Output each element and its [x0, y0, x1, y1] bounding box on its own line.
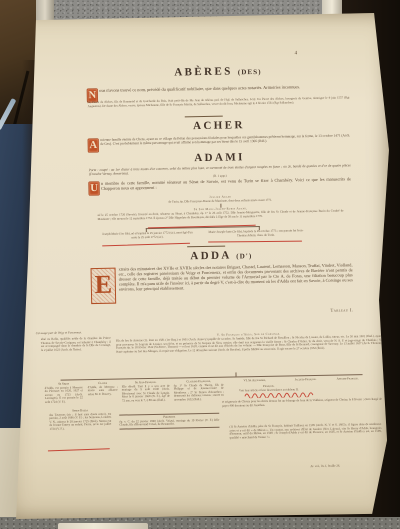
simon-block: Simon Dadda des Tavernes (sic ; il faut …: [49, 409, 111, 432]
tree-col-6: Jacques-François.: [286, 378, 326, 382]
red-pencil-underline-child1: [102, 243, 190, 247]
entry-title-acher: ACHER: [88, 117, 350, 134]
table-header-text: Fils de feu Sr Antoine (1), était en 158…: [116, 335, 382, 354]
illuminated-drop-cap: E: [91, 268, 117, 304]
section-rule-1: [185, 116, 223, 118]
table-header-left-column: aîné ou Rafin, qualifiés noble de la cha…: [41, 337, 111, 353]
tree-col-2: Claude d'Adda, de Mermoz ; morte sans al…: [88, 382, 118, 397]
tree-col-3: Sr Jean-François. Elle décéd. Tant il y …: [122, 381, 170, 404]
adda-paragraph: E xtraits des minutaires des XVIIe et XV…: [91, 262, 354, 304]
tree-col-2-text: d'Adda, de Mermoz ; morte sans alliance …: [88, 385, 118, 396]
acher-body-text: ncienne famille éteinte de Chens, ayant …: [100, 133, 350, 146]
page-number: 4: [295, 51, 298, 56]
tree-col-4-text: ép. 1° Sr Claude de Thoire, fils de Phil…: [174, 383, 224, 402]
entry-title-aberes-suffix: (DES): [238, 68, 262, 76]
tree-col-3-text: Elle décéd. Tant il y a son acte de mari…: [122, 384, 170, 403]
tree-col-6-head: Jacques-François.: [286, 378, 326, 382]
entry-title-adda-suffix: (D'): [236, 252, 252, 260]
tree-col-5: VI. Sr Alexandre,: [228, 379, 282, 384]
tree-col-4: Claudine-Françoise, ép. 1° Sr Claude de …: [174, 380, 224, 403]
table-right-paragraph: et seigneurie de Choisy pour les droits …: [222, 398, 382, 408]
entry-title-aberes-text: ABÈRES: [174, 65, 233, 78]
tree-col-1: Sr Simon d'Adda, est parrain à Mermoz du…: [45, 382, 83, 404]
page-content: 4 ABÈRES (DES) N ous n'avons trouvé ce n…: [24, 17, 389, 519]
red-zigzag-ornament: [244, 390, 316, 398]
section-rule-2: [187, 246, 225, 248]
paper-scraps-bottom: [58, 523, 148, 529]
red-pencil-underline-child2: [208, 241, 302, 243]
adami-child-1: Joseph-Marie (1er fils), né et baptisé l…: [100, 231, 195, 240]
tree-col-7: Antoine-François.: [330, 377, 366, 381]
simon-block-text: des Tavernes (sic ; il faut sans doute n…: [49, 412, 111, 431]
bottom-reference: Ar. vol., liv. I, feuille 26.: [290, 464, 360, 469]
margin-note: Cet usage part de Veigy et Fonceneux.: [36, 330, 94, 335]
photo-of-armorial-page: { "photo": { "page_number": "4" }, "colo…: [0, 0, 400, 529]
philiberte-block: Philiberte ép. v. C. du 22 janvier 1690 …: [119, 413, 219, 430]
philiberte-block-text: ép. v. C. du 22 janvier 1690 (Arch. Veig…: [119, 418, 219, 429]
genealogy-table: aîné ou Rafin, qualifiés noble de la cha…: [38, 331, 385, 517]
tree-col-5-head: VI. Sr Alexandre,: [228, 379, 282, 384]
drop-cap-a: A: [88, 138, 98, 151]
red-pencil-underline-simon: [48, 448, 110, 451]
aberes-intro-text: ous n'avons trouvé ce nom, précédé du qu…: [99, 84, 300, 93]
adami-child-2: Marie-Joseph-Juste (2e fils), baptisée l…: [205, 229, 307, 238]
entry-title-adda-text: ADDA: [190, 250, 231, 263]
drop-cap-u: U: [89, 181, 99, 194]
acher-paragraph: A ncienne famille éteinte de Chens, ayan…: [88, 133, 350, 151]
adda-footnote: (1) Sr Antoine d'Adda, père de Sr Franço…: [229, 423, 381, 440]
tree-col-7-head: Antoine-François.: [330, 377, 366, 381]
adda-body-text: xtraits des minutaires des XVIIe et XVII…: [119, 262, 353, 292]
tree-col-1-text: d'Adda, est parrain à Mermoz du Pérouset…: [45, 386, 83, 405]
book-page: 4 ABÈRES (DES) N ous n'avons trouvé ce n…: [10, 12, 392, 520]
entry-title-aberes: ABÈRES (DES): [87, 63, 349, 81]
tableau-label: Tableau I.: [305, 308, 353, 313]
